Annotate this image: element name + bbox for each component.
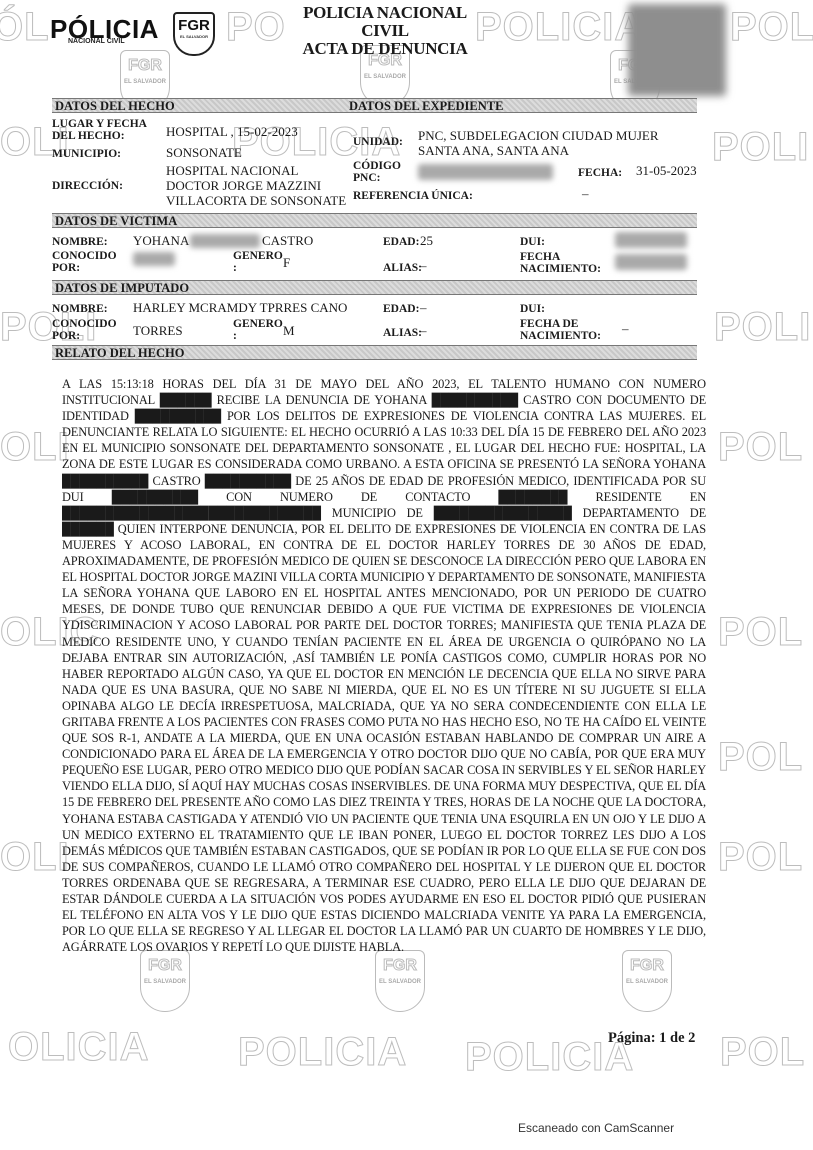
- label-victima-conocido: CONOCIDO POR:: [52, 250, 112, 274]
- page-number: Página: 1 de 2: [608, 1030, 695, 1047]
- label-direccion: DIRECCIÓN:: [52, 180, 123, 192]
- value-victima-alias: –: [420, 259, 427, 273]
- value-lugar-fecha: HOSPITAL , 15-02-2023: [166, 125, 298, 139]
- label-victima-edad: EDAD:: [383, 236, 419, 248]
- fgr-logo: FGREL SALVADOR: [173, 12, 215, 56]
- pnc-logo-subtitle: NACIONAL CIVIL: [68, 38, 125, 45]
- value-imputado-alias: –: [420, 324, 427, 338]
- section-header-datos-imputado: DATOS DE IMPUTADO: [52, 280, 697, 295]
- value-imputado-genero: M: [283, 324, 295, 338]
- label-municipio: MUNICIPIO:: [52, 148, 121, 160]
- redacted-victima-apellido: [190, 234, 260, 248]
- redacted-codigo-pnc: [418, 164, 553, 180]
- label-imputado-alias: ALIAS:: [383, 327, 422, 339]
- watermark-policia: PO: [226, 5, 286, 50]
- watermark-policia: POLI: [714, 305, 811, 350]
- label-victima-fecha-nacimiento: FECHA NACIMIENTO:: [520, 251, 600, 275]
- label-lugar-fecha: LUGAR Y FECHA DEL HECHO:: [52, 118, 162, 142]
- label-victima-nombre: NOMBRE:: [52, 236, 108, 248]
- redacted-qr-code: [628, 4, 726, 96]
- watermark-policia: POL: [730, 5, 813, 50]
- value-municipio: SONSONATE: [166, 146, 242, 160]
- value-fecha: 31-05-2023: [636, 164, 697, 178]
- label-imputado-nombre: NOMBRE:: [52, 303, 108, 315]
- label-imputado-conocido: CONOCIDO POR:: [52, 318, 112, 342]
- value-imputado-nombre: HARLEY MCRAMDY TPRRES CANO: [133, 301, 347, 315]
- watermark-policia: ÓL: [0, 5, 50, 50]
- watermark-policia: POL: [718, 835, 803, 880]
- watermark-policia: POLICIA: [238, 1030, 407, 1075]
- watermark-policia: POLI: [712, 125, 809, 170]
- section-header-relato: RELATO DEL HECHO: [52, 345, 697, 360]
- watermark-policia: POL: [718, 610, 803, 655]
- document-title: POLICIA NACIONAL CIVIL ACTA DE DENUNCIA: [280, 4, 490, 58]
- value-imputado-edad: –: [420, 301, 427, 315]
- watermark-policia: OLICIA: [8, 1025, 150, 1070]
- label-victima-genero: GENERO :: [233, 250, 268, 274]
- section-header-datos-victima: DATOS DE VICTIMA: [52, 213, 697, 228]
- value-victima-nombre-last: CASTRO: [262, 234, 313, 248]
- section-header-datos-expediente: DATOS DEL EXPEDIENTE: [349, 99, 503, 114]
- value-victima-genero: F: [283, 256, 290, 270]
- value-referencia-unica: –: [582, 187, 589, 201]
- label-fecha: FECHA:: [578, 167, 622, 179]
- value-imputado-fecha-nacimiento: –: [622, 322, 629, 336]
- watermark-policia: POLICIA: [475, 5, 644, 50]
- value-direccion: HOSPITAL NACIONAL DOCTOR JORGE MAZZINI V…: [166, 163, 351, 208]
- value-victima-edad: 25: [420, 234, 433, 248]
- watermark-policia: POL: [720, 1030, 805, 1075]
- relato-text: A LAS 15:13:18 HORAS DEL DÍA 31 DE MAYO …: [62, 376, 706, 955]
- redacted-victima-fecha-nacimiento: [615, 254, 687, 270]
- value-victima-nombre-first: YOHANA: [133, 234, 189, 248]
- redacted-victima-dui: [615, 232, 687, 248]
- watermark-fgr-shield: FGREL SALVADOR: [622, 950, 672, 1012]
- watermark-fgr-shield: FGREL SALVADOR: [375, 950, 425, 1012]
- title-document-type: ACTA DE DENUNCIA: [280, 40, 490, 58]
- section-header-datos-hecho: DATOS DEL HECHO DATOS DEL EXPEDIENTE: [52, 98, 697, 113]
- label-imputado-genero: GENERO :: [233, 318, 268, 342]
- watermark-policia: POL: [718, 735, 803, 780]
- watermark-policia: OLI: [0, 835, 70, 880]
- label-victima-alias: ALIAS:: [383, 262, 422, 274]
- watermark-policia: OLI: [0, 425, 70, 470]
- label-imputado-edad: EDAD:: [383, 303, 419, 315]
- scanner-watermark: Escaneado con CamScanner: [518, 1121, 674, 1135]
- label-unidad: UNIDAD:: [353, 136, 403, 148]
- watermark-fgr-shield: FGREL SALVADOR: [140, 950, 190, 1012]
- label-referencia-unica: REFERENCIA ÚNICA:: [353, 190, 473, 202]
- value-unidad: PNC, SUBDELEGACION CIUDAD MUJER SANTA AN…: [418, 128, 703, 158]
- label-imputado-dui: DUI:: [520, 303, 545, 315]
- label-codigo-pnc: CÓDIGO PNC:: [353, 160, 403, 184]
- redacted-victima-conocido: [133, 252, 175, 266]
- watermark-policia: POL: [718, 425, 803, 470]
- value-imputado-conocido: TORRES: [133, 324, 183, 338]
- title-institution: POLICIA NACIONAL CIVIL: [280, 4, 490, 40]
- label-victima-dui: DUI:: [520, 236, 545, 248]
- relato-paragraph: A LAS 15:13:18 HORAS DEL DÍA 31 DE MAYO …: [62, 376, 706, 955]
- label-imputado-fecha-nacimiento: FECHA DE NACIMIENTO:: [520, 318, 600, 342]
